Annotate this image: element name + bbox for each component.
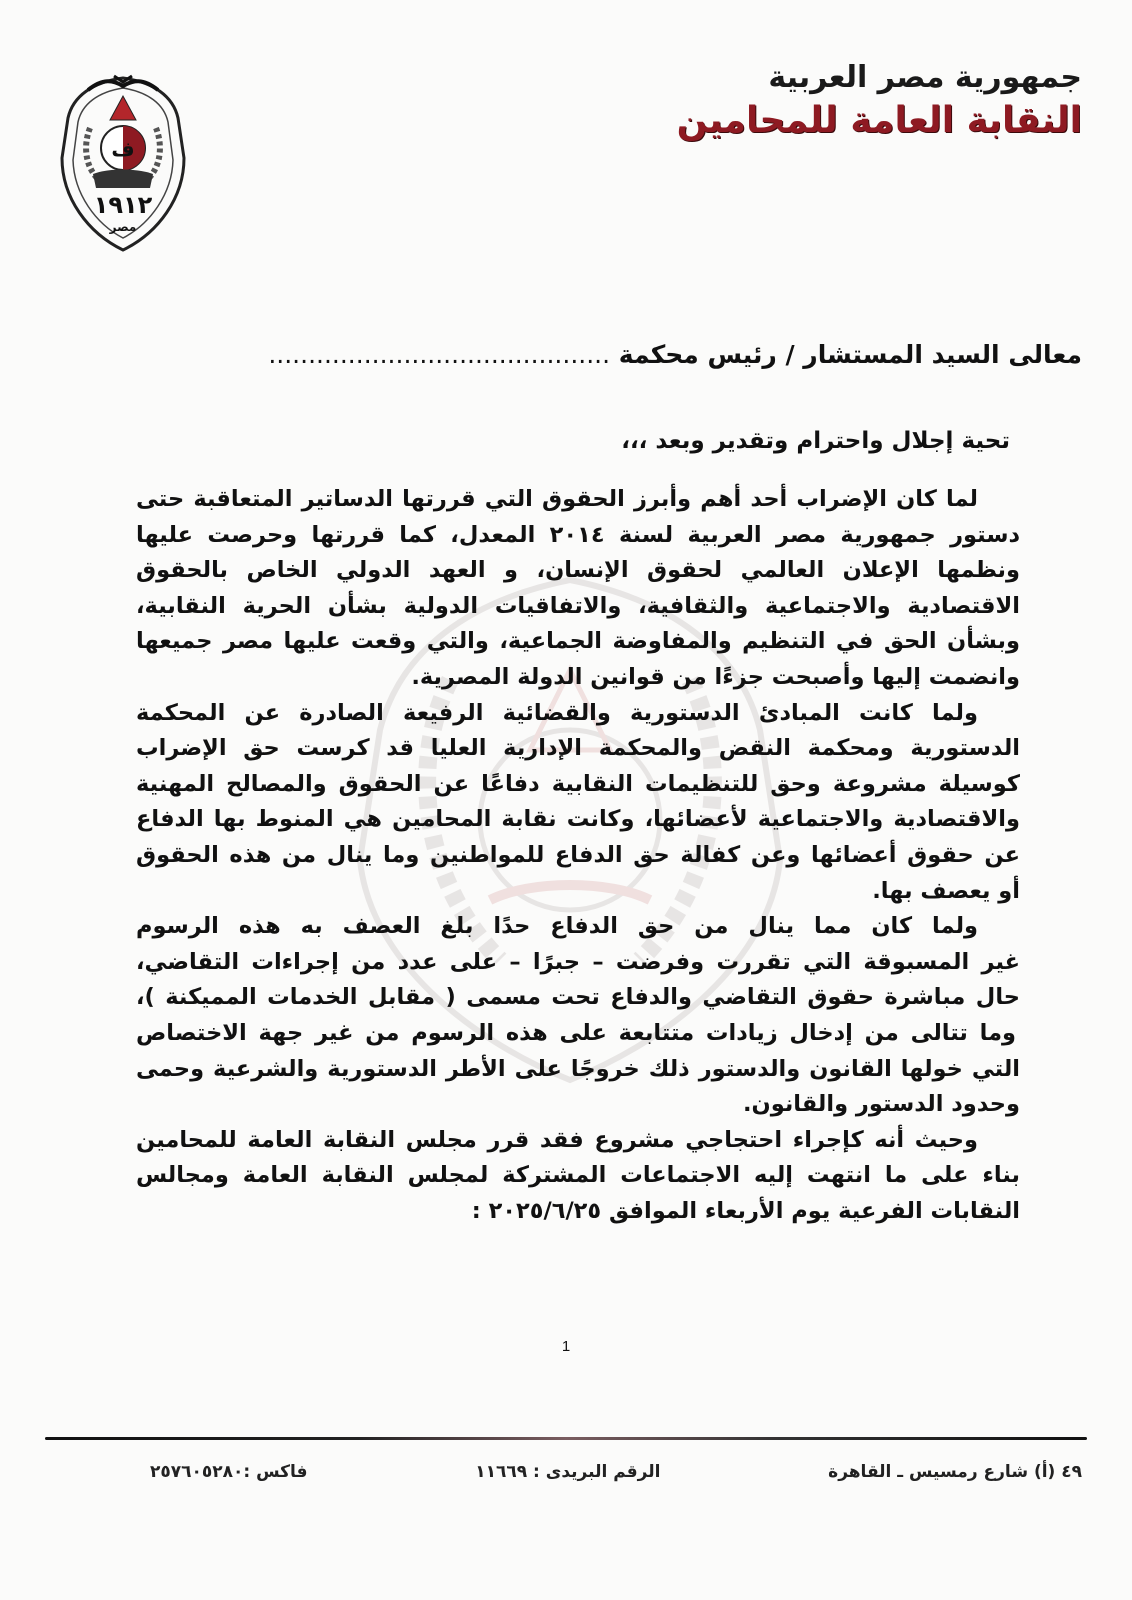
addressee-title: معالى السيد المستشار / رئيس محكمة (619, 340, 1082, 369)
body-line: دستور جمهورية مصر العربية لسنة ٢٠١٤ المع… (136, 518, 1020, 554)
body-line: ونظمها الإعلان العالمي لحقوق الإنسان، و … (136, 553, 1020, 589)
svg-text:مصر: مصر (109, 220, 137, 234)
body-line: وما تتالى من إدخال زيادات متتابعة على هذ… (136, 1016, 1020, 1052)
body-line: حال مباشرة حقوق التقاضي والدفاع تحت مسمى… (136, 980, 1020, 1016)
organization-name: النقابة العامة للمحامين (662, 98, 1082, 144)
body-line: وانضمت إليها وأصبحت جزءًا من قوانين الدو… (136, 660, 1020, 696)
letter-body: لما كان الإضراب أحد أهم وأبرز الحقوق الت… (136, 482, 1020, 1229)
footer-divider (45, 1437, 1087, 1440)
body-line: كوسيلة مشروعة وحق للتنظيمات النقابية دفا… (136, 767, 1020, 803)
footer-fax: فاكس :٢٥٧٦٠٥٢٨٠ (150, 1462, 308, 1482)
greeting: تحية إجلال واحترام وتقدير وبعد ،،، (621, 428, 1010, 454)
body-line: الدستورية ومحكمة النقض والمحكمة الإدارية… (136, 731, 1020, 767)
body-line: لما كان الإضراب أحد أهم وأبرز الحقوق الت… (136, 482, 1020, 518)
body-line: النقابات الفرعية يوم الأربعاء الموافق ٢٠… (136, 1194, 1020, 1230)
body-line: ولما كان مما ينال من حق الدفاع حدًا بلغ … (136, 909, 1020, 945)
body-line: وحدود الدستور والقانون. (136, 1087, 1020, 1123)
letter-page: ف ١٩١٢ مصر جمهورية مصر العربية النقابة ا… (0, 0, 1132, 1600)
country-name: جمهورية مصر العربية (662, 58, 1082, 98)
footer-postal-code: الرقم البريدى : ١١٦٦٩ (475, 1462, 660, 1482)
body-line: بناء على ما انتهت إليه الاجتماعات المشتر… (136, 1158, 1020, 1194)
addressee-line: معالى السيد المستشار / رئيس محكمة ......… (268, 340, 1082, 369)
body-line: والاقتصادية والاجتماعية لأعضائها، وكانت … (136, 802, 1020, 838)
body-line: ولما كانت المبادئ الدستورية والقضائية ال… (136, 696, 1020, 732)
body-line: عن حقوق أعضائها وعن كفالة حق الدفاع للمو… (136, 838, 1020, 874)
body-line: أو يعصف بها. (136, 874, 1020, 910)
syndicate-logo: ف ١٩١٢ مصر (48, 68, 198, 258)
footer-address: ٤٩ (أ) شارع رمسيس ـ القاهرة (828, 1462, 1082, 1482)
lawyers-syndicate-emblem-icon: ف ١٩١٢ مصر (48, 68, 198, 258)
page-number: 1 (0, 1338, 1132, 1355)
addressee-blank: ........................................… (268, 340, 610, 369)
body-line: وحيث أنه كإجراء احتجاجي مشروع فقد قرر مج… (136, 1123, 1020, 1159)
svg-text:١٩١٢: ١٩١٢ (94, 191, 153, 219)
svg-text:ف: ف (111, 137, 134, 161)
letterhead: جمهورية مصر العربية النقابة العامة للمحا… (662, 58, 1082, 144)
body-line: الاقتصادية والاجتماعية والثقافية، والاتف… (136, 589, 1020, 625)
body-line: غير المسبوقة التي تقررت وفرضت – جبرًا – … (136, 945, 1020, 981)
body-line: التي خولها القانون والدستور ذلك خروجًا ع… (136, 1052, 1020, 1088)
body-line: وبشأن الحق في التنظيم والمفاوضة الجماعية… (136, 624, 1020, 660)
footer-contact: ٤٩ (أ) شارع رمسيس ـ القاهرة الرقم البريد… (150, 1462, 1082, 1482)
